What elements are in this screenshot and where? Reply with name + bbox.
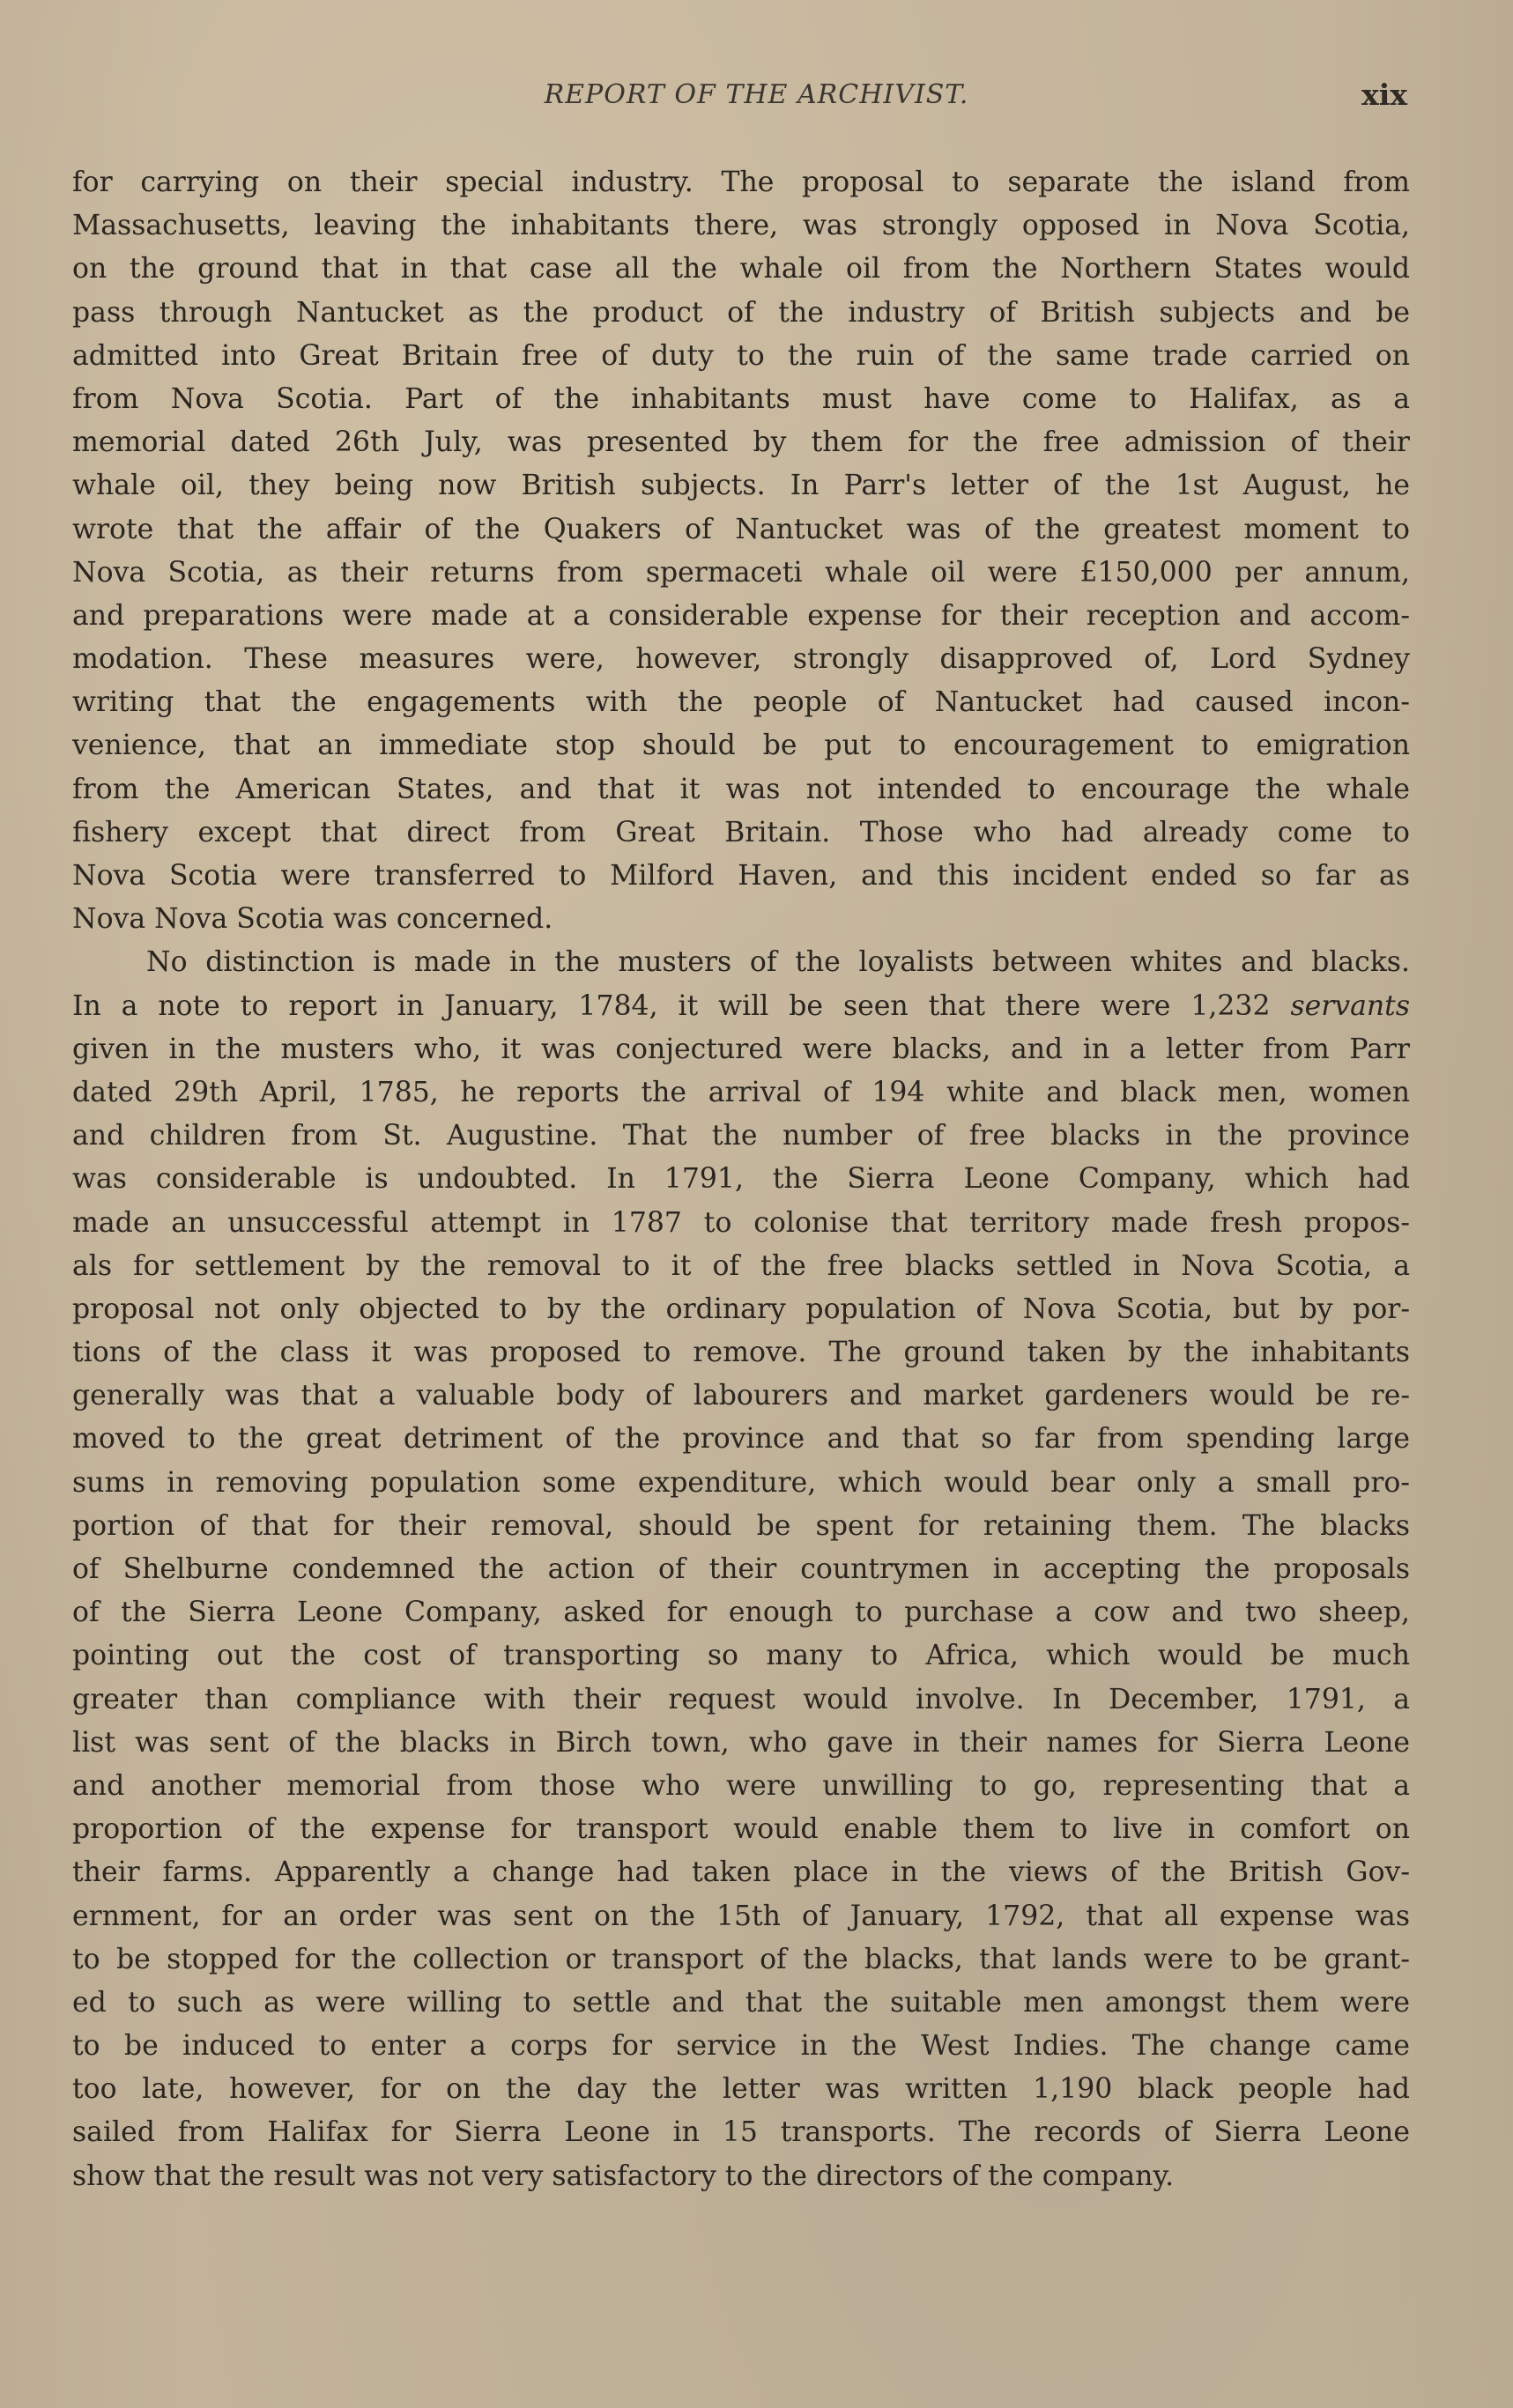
text-line: ernment, for an order was sent on the 15… — [72, 1895, 1410, 1938]
text-line: sums in removing population some expendi… — [72, 1462, 1410, 1505]
text-line: from the American States, and that it wa… — [72, 768, 1410, 811]
text-line: Massachusetts, leaving the inhabitants t… — [72, 204, 1410, 248]
text-line: writing that the engagements with the pe… — [72, 681, 1410, 724]
text-line: was considerable is undoubted. In 1791, … — [72, 1158, 1410, 1201]
text-line: to be induced to enter a corps for servi… — [72, 2025, 1410, 2068]
running-title: REPORT OF THE ARCHIVIST. — [0, 79, 1513, 110]
text-line: for carrying on their special industry. … — [72, 161, 1410, 204]
text-line: tions of the class it was proposed to re… — [72, 1331, 1410, 1374]
text-line: In a note to report in January, 1784, it… — [72, 985, 1410, 1028]
text-line: greater than compliance with their reque… — [72, 1678, 1410, 1722]
text-line: Nova Scotia, as their returns from sperm… — [72, 552, 1410, 595]
text-line: No distinction is made in the musters of… — [72, 941, 1410, 984]
text-line: of the Sierra Leone Company, asked for e… — [72, 1591, 1410, 1634]
text-line: proportion of the expense for transport … — [72, 1808, 1410, 1851]
text-line: list was sent of the blacks in Birch tow… — [72, 1722, 1410, 1765]
text-line: given in the musters who, it was conject… — [72, 1028, 1410, 1071]
text-line: memorial dated 26th July, was presented … — [72, 421, 1410, 464]
text-line: made an unsuccessful attempt in 1787 to … — [72, 1202, 1410, 1245]
text-line: generally was that a valuable body of la… — [72, 1374, 1410, 1418]
text-line: and children from St. Augustine. That th… — [72, 1115, 1410, 1158]
text-line: show that the result was not very satisf… — [72, 2155, 1410, 2198]
running-head: REPORT OF THE ARCHIVIST. xix — [0, 76, 1513, 115]
text-line: modation. These measures were, however, … — [72, 638, 1410, 681]
paragraph: No distinction is made in the musters of… — [72, 941, 1410, 2197]
text-line: sailed from Halifax for Sierra Leone in … — [72, 2111, 1410, 2154]
text-line: Nova Scotia were transferred to Milford … — [72, 855, 1410, 898]
text-line: venience, that an immediate stop should … — [72, 724, 1410, 767]
document-page: REPORT OF THE ARCHIVIST. xix for carryin… — [0, 0, 1513, 2408]
text-line: whale oil, they being now British subjec… — [72, 464, 1410, 508]
text-line: and another memorial from those who were… — [72, 1765, 1410, 1808]
text-line: of Shelburne condemned the action of the… — [72, 1548, 1410, 1591]
text-line: dated 29th April, 1785, he reports the a… — [72, 1071, 1410, 1115]
text-line: admitted into Great Britain free of duty… — [72, 335, 1410, 378]
paragraph: for carrying on their special industry. … — [72, 161, 1410, 941]
text-line: pointing out the cost of transporting so… — [72, 1634, 1410, 1678]
text-line: Nova Nova Scotia was concerned. — [72, 898, 1410, 941]
italic-term: servants — [1290, 990, 1410, 1022]
text-line: and preparations were made at a consider… — [72, 595, 1410, 638]
text-line: too late, however, for on the day the le… — [72, 2068, 1410, 2111]
text-line: from Nova Scotia. Part of the inhabitant… — [72, 378, 1410, 421]
text-line: proposal not only objected to by the ord… — [72, 1288, 1410, 1331]
body-text: for carrying on their special industry. … — [72, 161, 1410, 2198]
text-line: pass through Nantucket as the product of… — [72, 292, 1410, 335]
text-line: als for settlement by the removal to it … — [72, 1245, 1410, 1288]
text-line: on the ground that in that case all the … — [72, 248, 1410, 291]
page-number: xix — [1361, 78, 1407, 112]
text-line: fishery except that direct from Great Br… — [72, 811, 1410, 855]
text-line: moved to the great detriment of the prov… — [72, 1418, 1410, 1461]
text-line: ed to such as were willing to settle and… — [72, 1982, 1410, 2025]
text-line: to be stopped for the collection or tran… — [72, 1938, 1410, 1982]
text-line: wrote that the affair of the Quakers of … — [72, 508, 1410, 552]
text-line: portion of that for their removal, shoul… — [72, 1505, 1410, 1548]
text-line: their farms. Apparently a change had tak… — [72, 1851, 1410, 1894]
